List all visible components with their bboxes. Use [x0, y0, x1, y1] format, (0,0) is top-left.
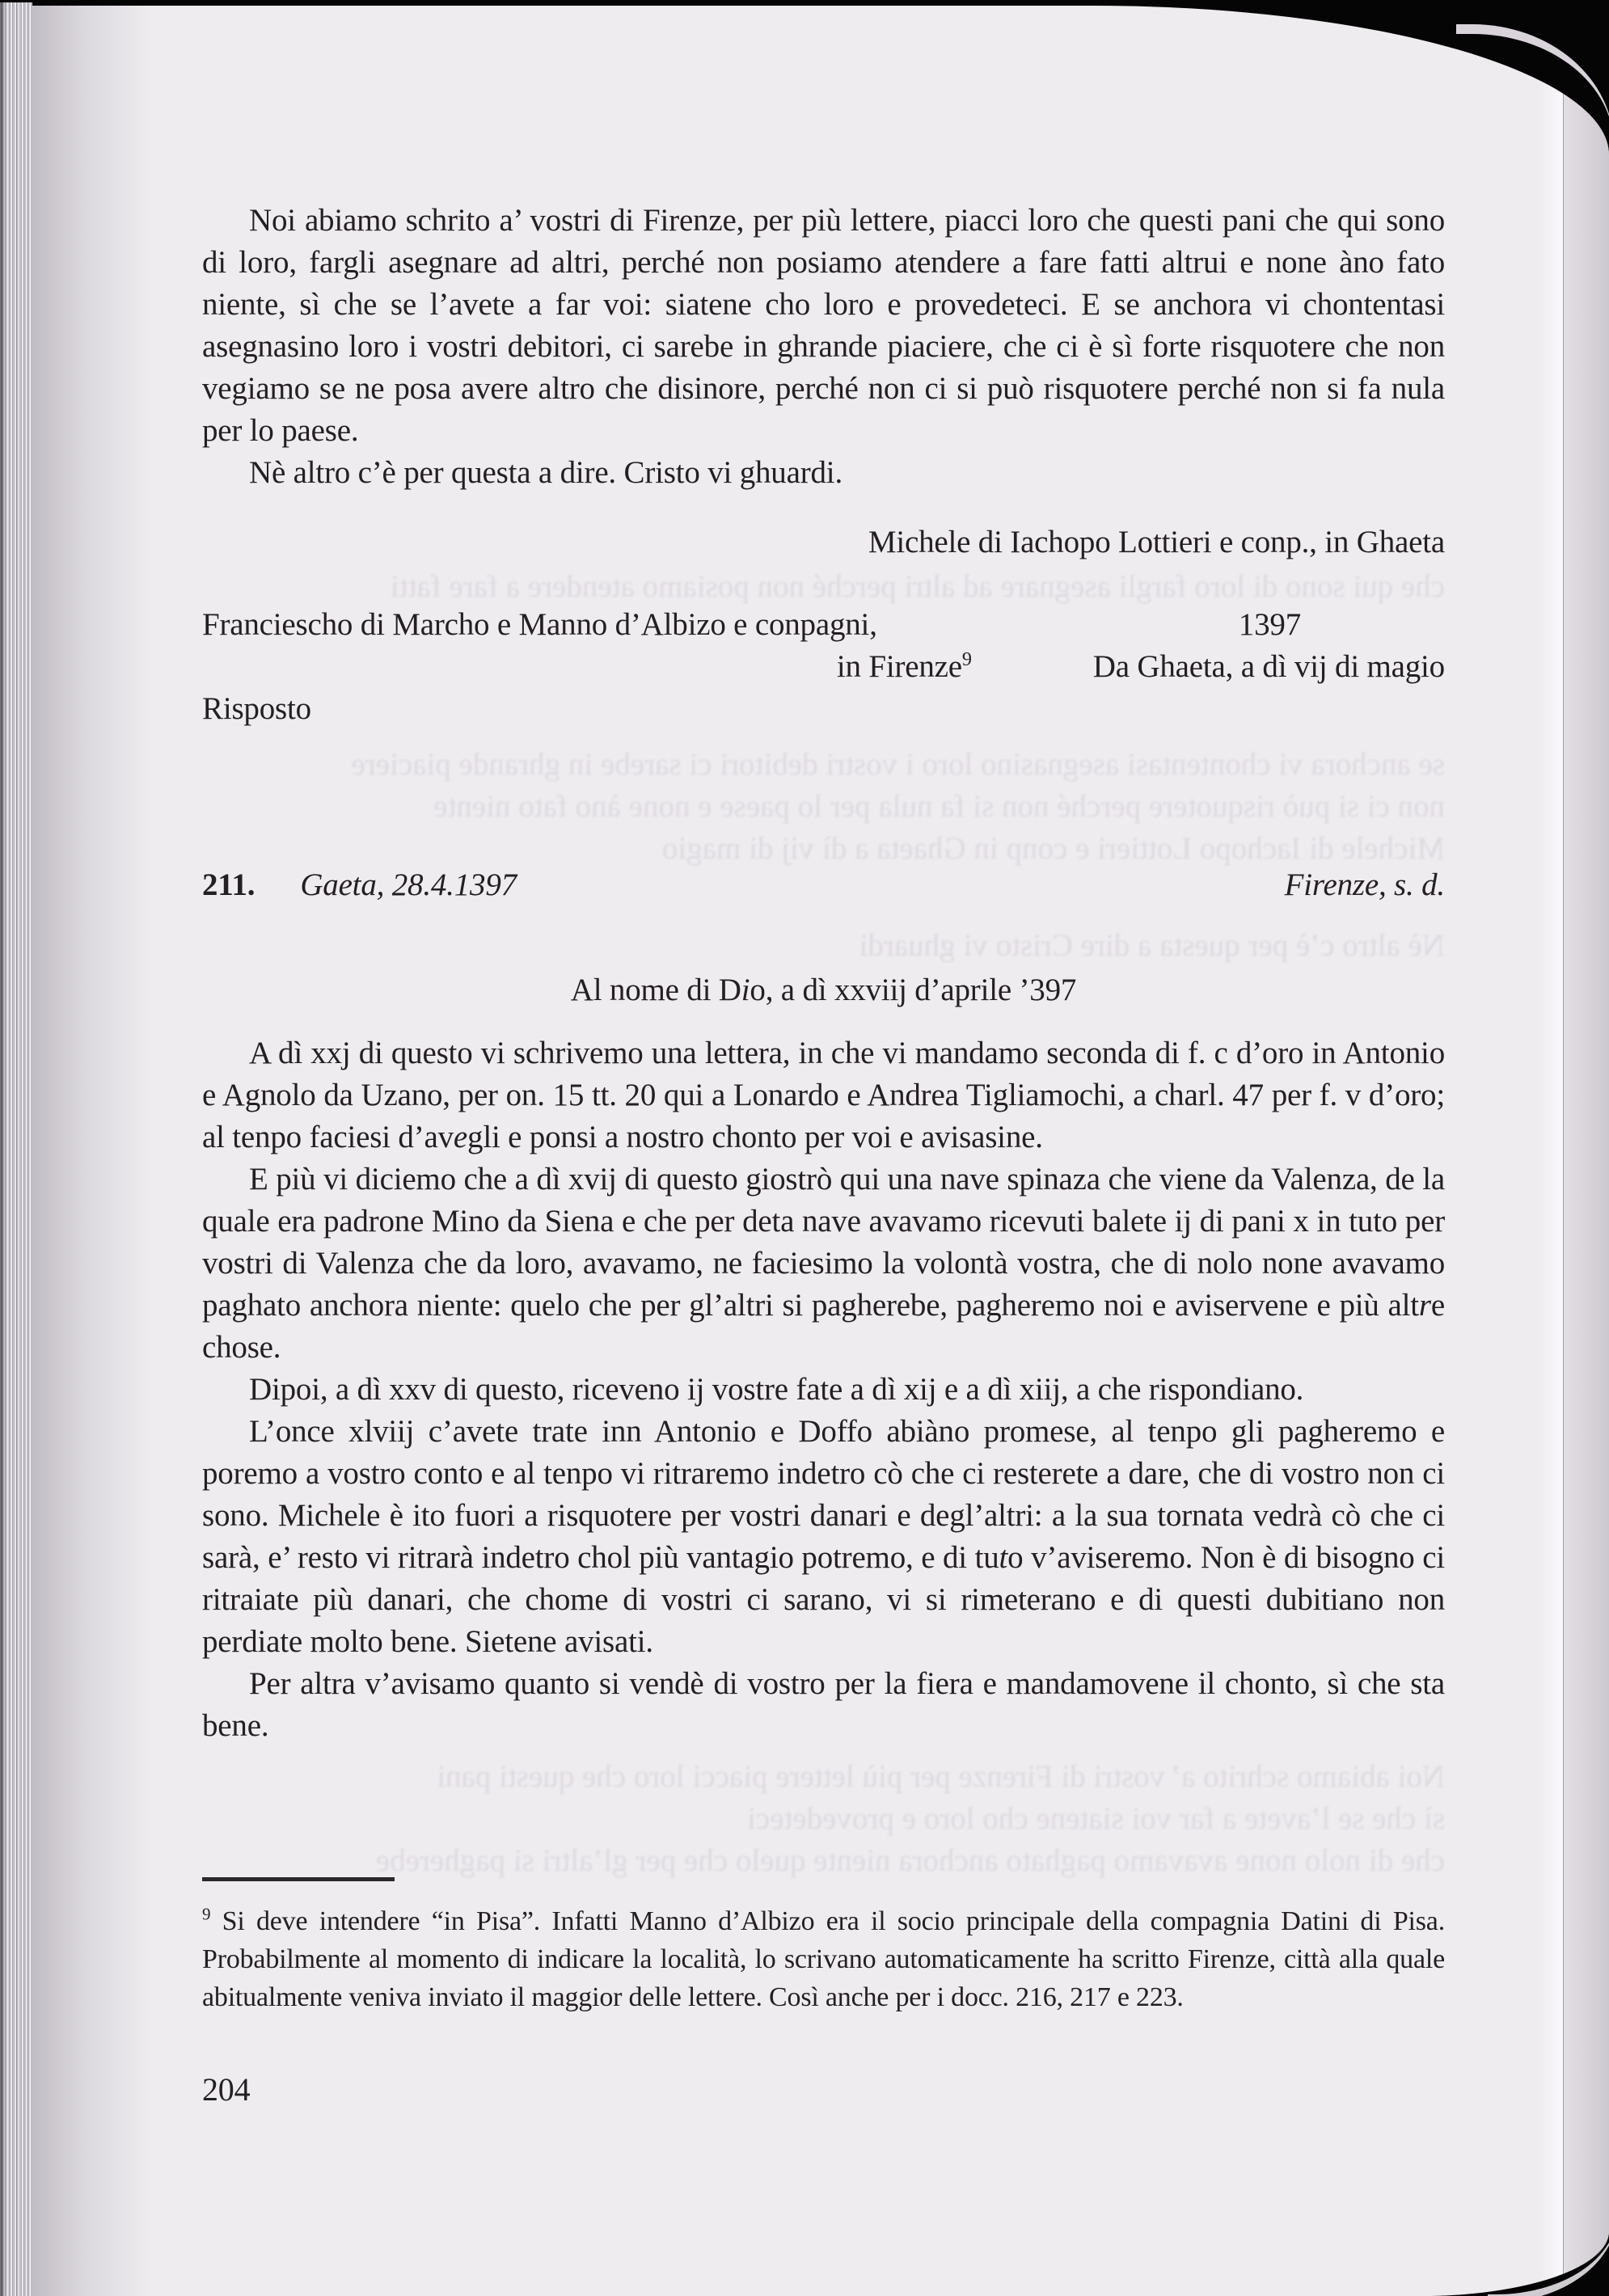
letter-body-paragraph: A dì xxj di questo vi schrivemo una lett… — [202, 1032, 1445, 1159]
page-number: 204 — [202, 2069, 1445, 2111]
address-place-row: in Firenze9 Da Ghaeta, a dì vij di magio — [202, 646, 1445, 688]
address-row: Franciescho di Marcho e Manno d’Albizo e… — [202, 604, 1445, 646]
footnote-text: 9 Si deve intendere “in Pisa”. Infatti M… — [202, 1902, 1445, 2016]
bleedthrough-ghost-text: Michele di Iachopo Lottieri e conp in Gh… — [202, 830, 1445, 867]
page-fold-highlight — [1539, 6, 1564, 2296]
origin-place-date: Gaeta, 28.4.1397 — [300, 864, 517, 906]
letter-signature: Michele di Iachopo Lottieri e conp., in … — [202, 521, 1445, 563]
letter-salutation: Al nome di Dio, a dì xxviij d’aprile ’39… — [202, 969, 1445, 1011]
footnote-separator-rule — [202, 1877, 395, 1881]
letter-body-paragraph: Dipoi, a dì xxv di questo, riceveno ij v… — [202, 1369, 1445, 1411]
bleedthrough-ghost-text: Nè altro c’è per questa a dire Cristo vi… — [202, 927, 1445, 964]
document-number: 211. — [202, 864, 255, 906]
gutter-shadow — [31, 6, 152, 2296]
document-heading: 211. Gaeta, 28.4.1397 Firenze, s. d. — [202, 864, 1445, 906]
destination-place-date: Firenze, s. d. — [1285, 864, 1445, 906]
bleedthrough-ghost-text: non ci si può risquotere perché non si f… — [202, 788, 1445, 825]
book-spine-page-edges — [0, 2, 32, 2296]
letter-body-paragraph: Per altra v’avisamo quanto si vendè di v… — [202, 1663, 1445, 1747]
bleedthrough-ghost-text: che di nolo none avavamo paghato anchora… — [202, 1842, 1445, 1879]
bleedthrough-ghost-text: Noi abiamo schrito a’ vostri di Firenze … — [202, 1758, 1445, 1795]
bleedthrough-ghost-text: sì che se l’avete a far voi siatene cho … — [202, 1800, 1445, 1837]
previous-letter-block: Noi abiamo schrito a’ vostri di Firenze,… — [202, 200, 1445, 730]
letter-body-paragraph: L’once xlviij c’avete trate inn Antonio … — [202, 1411, 1445, 1663]
scanned-book-photo: che qui sono di loro fargli asegnare ad … — [0, 0, 1609, 2296]
archive-year: 1397 — [1239, 604, 1445, 646]
letter-body-block: A dì xxj di questo vi schrivemo una lett… — [202, 1032, 1445, 1747]
footnote-block: 9 Si deve intendere “in Pisa”. Infatti M… — [202, 1877, 1445, 2016]
letter-body-paragraph: Noi abiamo schrito a’ vostri di Firenze,… — [202, 200, 1445, 452]
bleedthrough-ghost-text: se anchora vi chontentasi asegnasino lor… — [202, 746, 1445, 783]
book-page: che qui sono di loro fargli asegnare ad … — [31, 6, 1609, 2296]
letter-closing-line: Nè altro c’è per questa a dire. Cristo v… — [202, 452, 1445, 494]
next-page-edge — [1563, 6, 1609, 2296]
received-note: Da Ghaeta, a dì vij di magio — [1093, 646, 1445, 688]
response-note: Risposto — [202, 688, 1445, 730]
letter-body-paragraph: E più vi diciemo che a dì xvij di questo… — [202, 1159, 1445, 1369]
addressee-place: in Firenze9 — [837, 646, 972, 688]
addressee-name: Franciescho di Marcho e Manno d’Albizo e… — [202, 604, 877, 646]
